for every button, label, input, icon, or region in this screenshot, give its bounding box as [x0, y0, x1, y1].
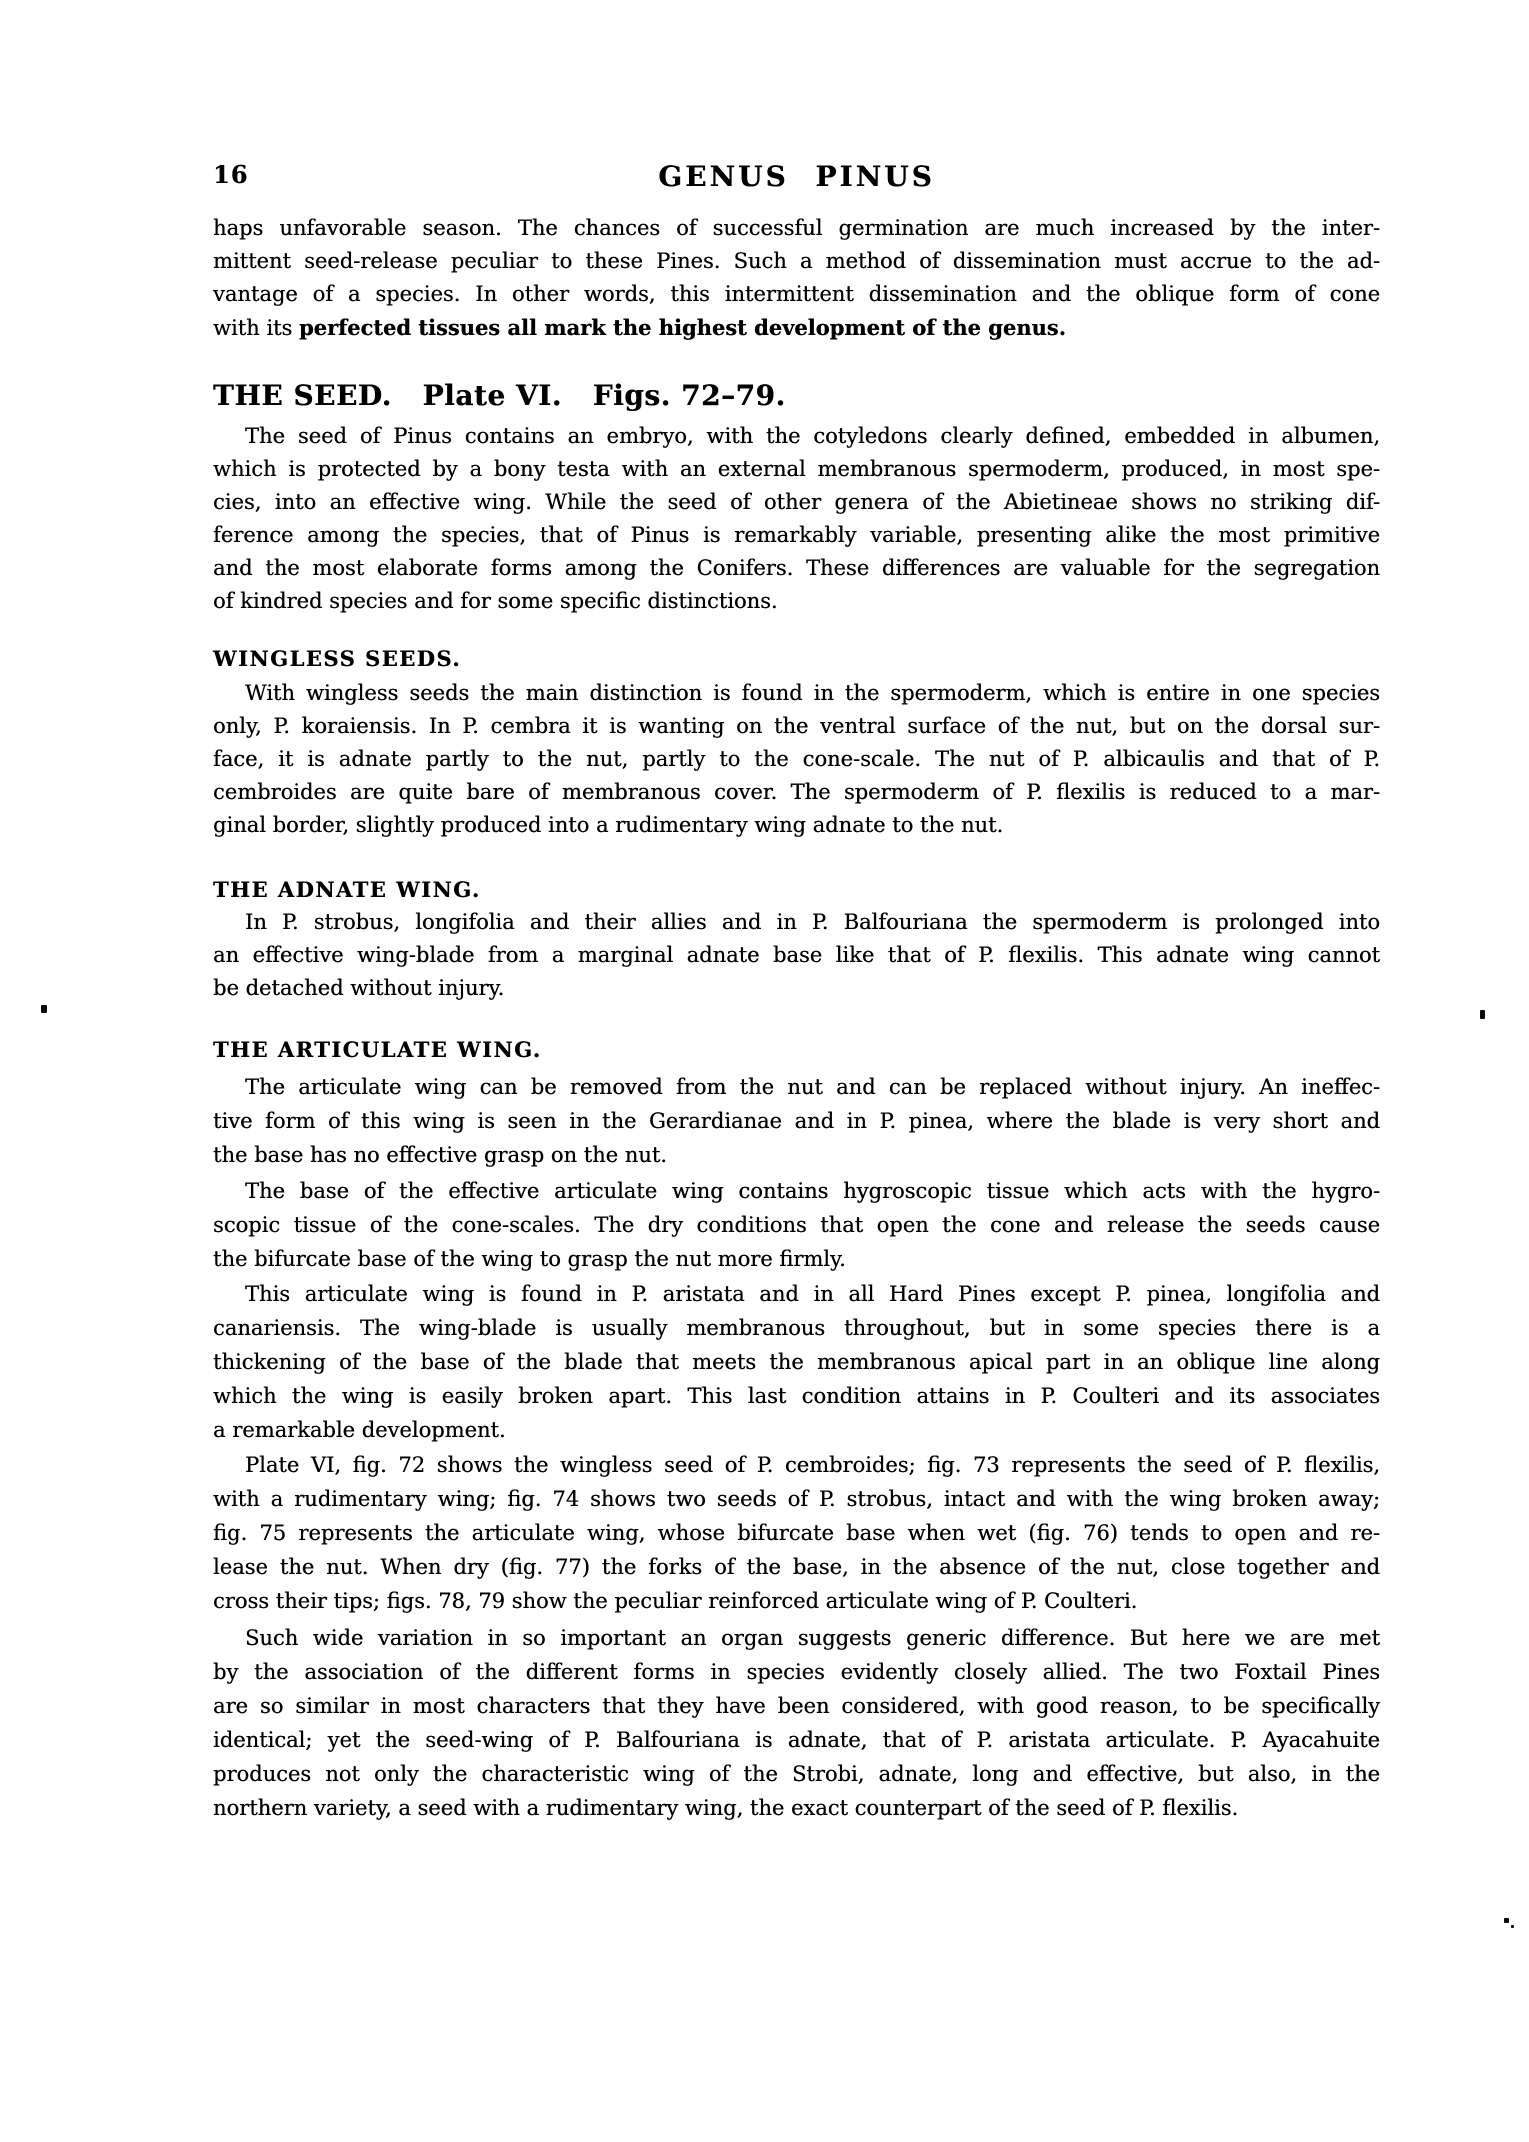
text-line: The articulate wing can be removed from …: [213, 1070, 1380, 1104]
text-line: thickening of the base of the blade that…: [213, 1345, 1380, 1379]
text-line: ginal border, slightly produced into a r…: [213, 809, 1380, 842]
text-line: This articulate wing is found in P. aris…: [213, 1277, 1380, 1311]
text-line: and the most elaborate forms among the C…: [213, 552, 1380, 585]
text-line: haps unfavorable season. The chances of …: [213, 212, 1380, 245]
paragraph-5: The articulate wing can be removed from …: [213, 1070, 1380, 1172]
ink-speck: [1480, 1010, 1485, 1019]
text-line: be detached without injury.: [213, 972, 1380, 1005]
ink-speck: [1504, 1918, 1509, 1923]
text-line: produces not only the characteristic win…: [213, 1757, 1380, 1791]
text-line: tive form of this wing is seen in the Ge…: [213, 1104, 1380, 1138]
ink-speck: [41, 1005, 47, 1013]
text-line: ference among the species, that of Pinus…: [213, 519, 1380, 552]
text-line: of kindred species and for some specific…: [213, 585, 1380, 618]
paragraph-2: The seed of Pinus contains an embryo, wi…: [213, 420, 1380, 618]
book-page: 16 GENUS PINUS haps unfavorable season. …: [0, 0, 1529, 2142]
text-line: identical; yet the seed-wing of P. Balfo…: [213, 1723, 1380, 1757]
text-line: With wingless seeds the main distinction…: [213, 677, 1380, 710]
text-line: mittent seed-release peculiar to these P…: [213, 245, 1380, 278]
text-line: canariensis. The wing-blade is usually m…: [213, 1311, 1380, 1345]
paragraph-9: Such wide variation in so important an o…: [213, 1621, 1380, 1825]
side-heading-adnate-wing: THE ADNATE WING.: [213, 877, 1380, 903]
text-run: with its: [213, 316, 299, 340]
text-line: which is protected by a bony testa with …: [213, 453, 1380, 486]
text-line: The base of the effective articulate win…: [213, 1174, 1380, 1208]
text-line: The seed of Pinus contains an embryo, wi…: [213, 420, 1380, 453]
text-line: fig. 75 represents the articulate wing, …: [213, 1516, 1380, 1550]
text-line: only, P. koraiensis. In P. cembra it is …: [213, 710, 1380, 743]
text-line: with a rudimentary wing; fig. 74 shows t…: [213, 1482, 1380, 1516]
text-line: the base has no effective grasp on the n…: [213, 1138, 1380, 1172]
text-line: cies, into an effective wing. While the …: [213, 486, 1380, 519]
section-heading-the-seed: THE SEED. Plate VI. Figs. 72–79.: [213, 379, 1380, 413]
text-line: which the wing is easily broken apart. T…: [213, 1379, 1380, 1413]
paragraph-3: With wingless seeds the main distinction…: [213, 677, 1380, 842]
page-header: 16 GENUS PINUS: [213, 160, 1380, 194]
text-line: In P. strobus, longifolia and their alli…: [213, 906, 1380, 939]
paragraph-8: Plate VI, fig. 72 shows the wingless see…: [213, 1448, 1380, 1618]
text-line: lease the nut. When dry (fig. 77) the fo…: [213, 1550, 1380, 1584]
running-header: GENUS PINUS: [213, 160, 1380, 193]
text-line: vantage of a species. In other words, th…: [213, 278, 1380, 311]
text-line: cross their tips; figs. 78, 79 show the …: [213, 1584, 1380, 1618]
text-line: by the association of the different form…: [213, 1655, 1380, 1689]
text-line: the bifurcate base of the wing to grasp …: [213, 1242, 1380, 1276]
paragraph-4: In P. strobus, longifolia and their alli…: [213, 906, 1380, 1005]
text-line: an effective wing-blade from a marginal …: [213, 939, 1380, 972]
paragraph-7: This articulate wing is found in P. aris…: [213, 1277, 1380, 1447]
text-line: Plate VI, fig. 72 shows the wingless see…: [213, 1448, 1380, 1482]
paragraph-1: haps unfavorable season. The chances of …: [213, 212, 1380, 344]
text-line: face, it is adnate partly to the nut, pa…: [213, 743, 1380, 776]
text-line: cembroides are quite bare of membranous …: [213, 776, 1380, 809]
side-heading-articulate-wing: THE ARTICULATE WING.: [213, 1037, 1380, 1063]
text-line: scopic tissue of the cone-scales. The dr…: [213, 1208, 1380, 1242]
paragraph-6: The base of the effective articulate win…: [213, 1174, 1380, 1276]
text-line: a remarkable development.: [213, 1413, 1380, 1447]
text-line: Such wide variation in so important an o…: [213, 1621, 1380, 1655]
side-heading-wingless-seeds: WINGLESS SEEDS.: [213, 646, 1380, 672]
text-line: are so similar in most characters that t…: [213, 1689, 1380, 1723]
bold-text-run: perfected tissues all mark the highest d…: [299, 315, 1066, 340]
text-line: northern variety, a seed with a rudiment…: [213, 1791, 1380, 1825]
text-line: with its perfected tissues all mark the …: [213, 311, 1380, 344]
ink-speck: [1511, 1925, 1514, 1928]
